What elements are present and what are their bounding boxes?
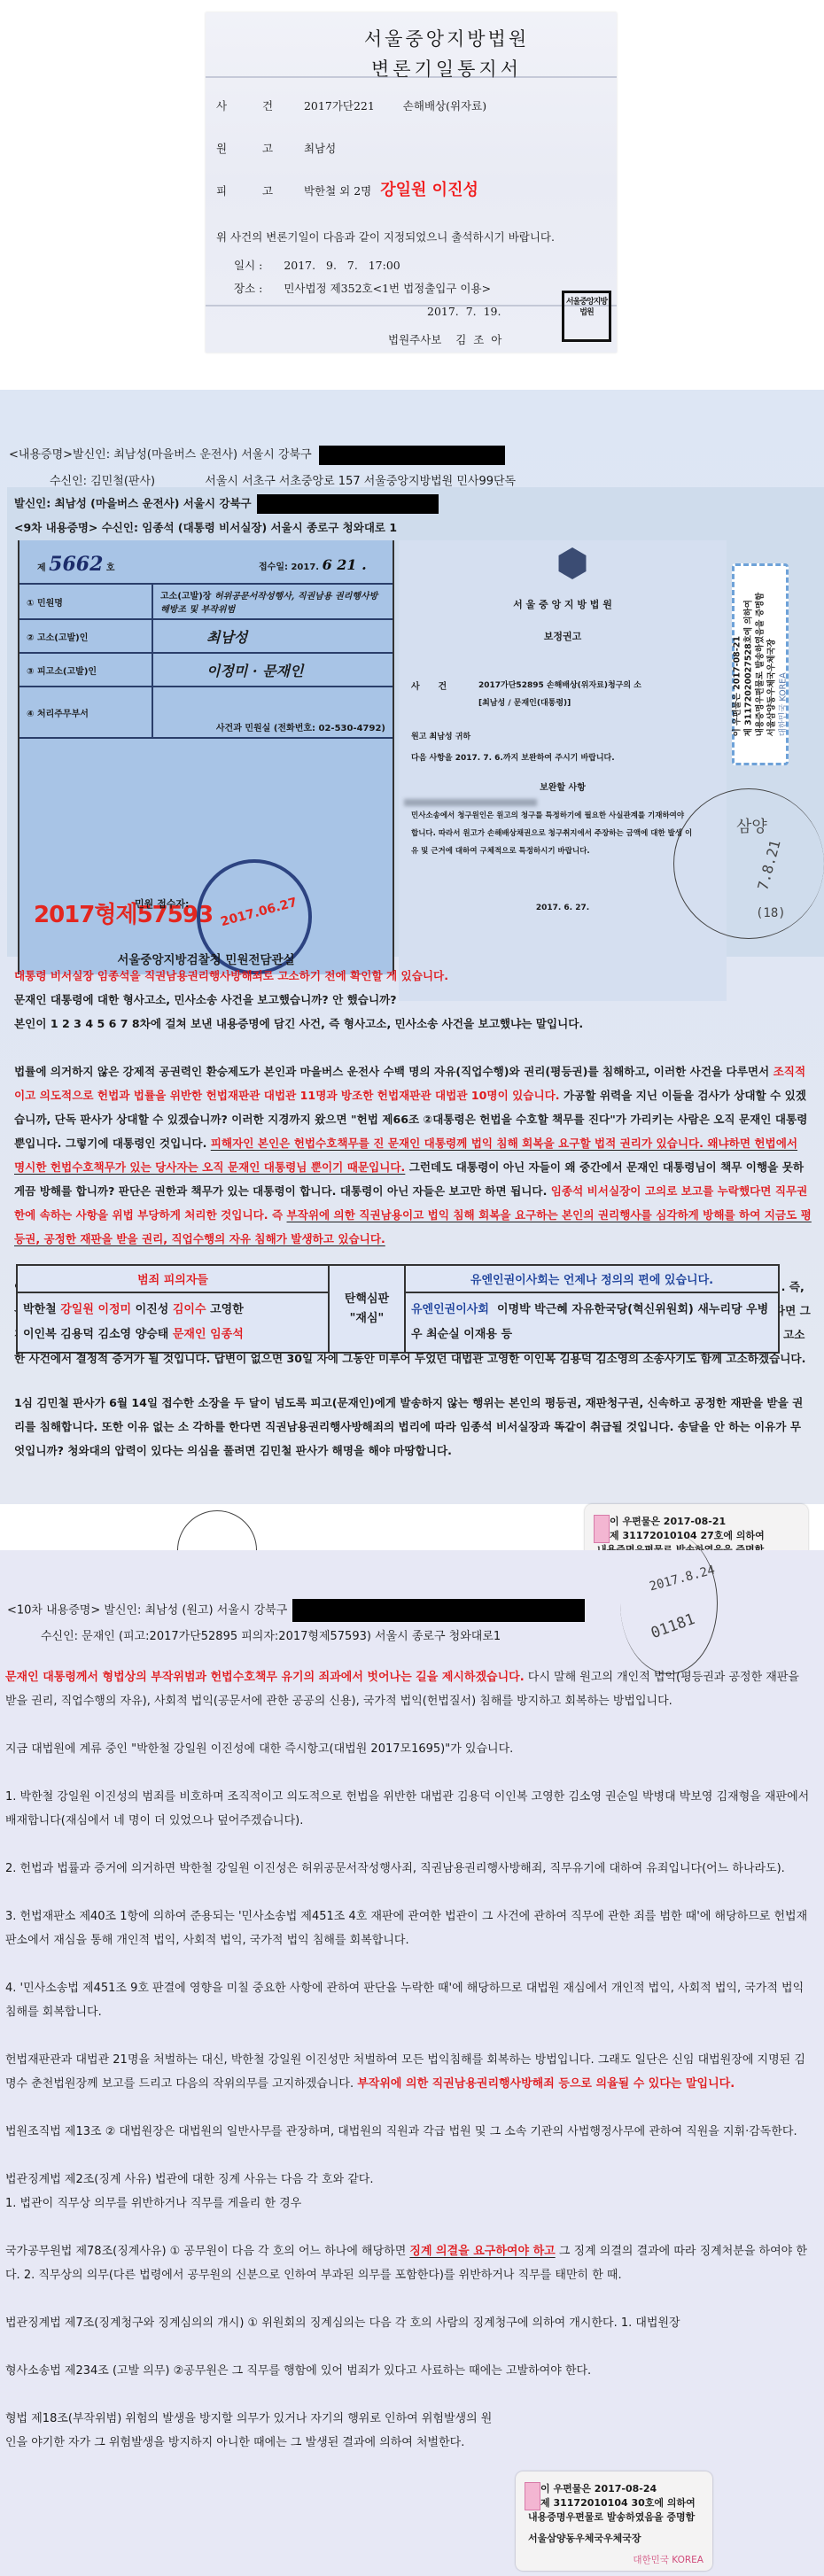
hearing-datetime: 2017. 9. 7. 17:00 bbox=[284, 259, 400, 272]
court-name: 서 울 중 앙 지 방 법 원 bbox=[399, 597, 727, 611]
datetime-row: 일시 : 2017. 9. 7. 17:00 bbox=[234, 257, 400, 273]
certificate-line: 제 31172010104 27호에 의하여 bbox=[597, 1529, 799, 1543]
suspects-list: 박한철 강일원 이정미 이진성 김이수 고영한이인복 김용덕 김소영 양승태 문… bbox=[17, 1292, 329, 1353]
paragraph-6: 4. '민사소송법 제451조 9호 판결에 영향을 미칠 중요한 사항에 관하… bbox=[5, 1976, 812, 2024]
postmark-date: 7.8.21 bbox=[754, 838, 783, 892]
receipt-date: 2017.06.27 bbox=[219, 896, 299, 929]
letter-body-end: 1심 김민철 판사가 6월 14일 접수한 소장을 두 달이 넘도록 피고(문재… bbox=[14, 1391, 812, 1486]
form-number: 제 5662 호 bbox=[37, 553, 115, 576]
postmark-code: 01181 bbox=[649, 1610, 697, 1642]
case-parties: [최남성 / 문재인(대통령)] bbox=[478, 696, 571, 708]
doc-title: 보정권고 bbox=[399, 629, 727, 643]
certificate-line: 내용증명우편물로 발송하였음을 증명함 bbox=[528, 2510, 704, 2525]
certificate-seal-icon bbox=[525, 2482, 540, 2510]
handwritten-number: 5662 bbox=[49, 553, 103, 576]
postmark-code: (18) bbox=[756, 906, 786, 920]
case-label: 사 건 bbox=[411, 679, 447, 692]
sender-text: <10차 내용증명> 발신인: 최남성 (원고) 서울시 강북구 bbox=[7, 1604, 287, 1618]
suspect-name: 임종석 bbox=[210, 1328, 244, 1341]
content-line: 유 및 근거에 대하여 구체적으로 특정하시기 바랍니다. bbox=[411, 845, 590, 856]
redacted-address bbox=[319, 446, 505, 465]
question-2: 본인이 1 2 3 4 5 6 7 8차에 걸쳐 보낸 내용증명에 담긴 사건,… bbox=[14, 1012, 812, 1036]
content-line: 민사소송에서 청구원인은 원고의 청구를 특정하기에 필요한 사실관계를 기재하… bbox=[411, 810, 684, 820]
request: 다음 사항을 2017. 7. 6.까지 보완하여 주시기 바랍니다. bbox=[411, 751, 615, 763]
recipient-address: 서울시 서초구 서초중앙로 157 서울중앙지방법원 민사99단독 bbox=[205, 475, 516, 488]
form-label: ① 민원명 bbox=[19, 584, 152, 619]
inner-sender-line: 발신인: 최남성 (마을버스 운전사) 서울시 강북구 bbox=[14, 494, 439, 514]
paragraph-13: 형법 제18조(부작위범) 위험의 발생을 방지할 의무가 있거나 자기의 행위… bbox=[5, 2407, 501, 2455]
form-row: ① 민원명 고소(고발)장 허위공문서작성행사, 직권남용 권리행사방해방조 및… bbox=[19, 584, 393, 619]
postmark: 2017.8.24 01181 bbox=[620, 1532, 718, 1674]
text: 법관징계법 제2조(징계 사유) 법관에 대한 징계 사유는 다음 각 호와 같… bbox=[5, 2173, 374, 2186]
hearing-place: 민사법정 제352호<1번 법정출입구 이용> bbox=[284, 282, 491, 295]
sender-text: <내용증명>발신인: 최남성(마을버스 운전사) 서울시 강북구 bbox=[9, 448, 312, 462]
suspect-name: 양승태 bbox=[136, 1328, 169, 1341]
stamp-line: 이 우편물은 2017-08-21 bbox=[732, 593, 743, 737]
notice-title: 변론기일통지서 bbox=[206, 55, 617, 81]
instruction: 위 사건의 변론기일이 다음과 같이 지정되었으니 출석하시기 바랍니다. bbox=[216, 229, 555, 244]
suspect-name: 김이수 bbox=[173, 1303, 206, 1316]
highlight: 문재인 대통령께서 형법상의 부작위범과 헌법수호책무 유기의 죄과에서 벗어나… bbox=[5, 1671, 525, 1684]
paragraph-4: 2. 헌법과 법률과 증거에 의거하면 박한철 강일원 이진성은 허위공문서작성… bbox=[5, 1857, 812, 1881]
certified-letter-10: <10차 내용증명> 발신인: 최남성 (원고) 서울시 강북구 수신인: 문재… bbox=[0, 1550, 824, 2576]
form-label: ③ 피고소(고발)인 bbox=[19, 653, 152, 687]
question-1: 문재인 대통령에 대한 형사고소, 민사소송 사건을 보고했습니까? 안 했습니… bbox=[14, 988, 812, 1012]
postmark: 삼양 7.8.21 (18) bbox=[673, 788, 824, 939]
plaintiff-name: 최남성 bbox=[304, 142, 336, 155]
suspects-header: 범죄 피의자들 bbox=[17, 1265, 329, 1292]
received-date: 접수일: 2017. 6 21 . bbox=[259, 556, 367, 573]
paragraph-1: 법률에 의거하지 않은 강제적 공권력인 환승제도가 본인과 마을버스 운전사 … bbox=[14, 1059, 812, 1251]
postal-certificate-stamp: 이 우편물은 2017-08-21 제 31172020027528호에 의하여… bbox=[732, 563, 789, 765]
unhrc-list: 유엔인권이사회 이명박 박근혜 자유한국당(혁신위원회) 새누리당 우병우 최순… bbox=[405, 1292, 779, 1353]
text: 1. 법관이 직무상 의무를 위반하거나 직무를 게을리 한 경우 bbox=[5, 2197, 301, 2210]
handwritten-date: 6 21 . bbox=[323, 556, 367, 573]
certified-letter-9: <내용증명>발신인: 최남성(마을버스 운전사) 서울시 강북구 수신인: 김민… bbox=[0, 390, 824, 1504]
paragraph-11: 법관징계법 제7조(징계청구와 징계심의의 개시) ① 위원회의 징계심의는 다… bbox=[5, 2311, 812, 2335]
handwritten-value: 이정미 · 문재인 bbox=[152, 653, 393, 687]
defendant-row: 피 고 박한철 외 2명 강일원 이진성 bbox=[216, 177, 478, 200]
stamp-line: 내용증명우편물로 발송하였음을 증명함 bbox=[755, 593, 766, 737]
case-label: 사 건 bbox=[216, 97, 300, 113]
datetime-label: 일시 : bbox=[234, 259, 262, 272]
sender-line: <내용증명>발신인: 최남성(마을버스 운전사) 서울시 강북구 bbox=[9, 445, 505, 465]
sender-line: <10차 내용증명> 발신인: 최남성 (원고) 서울시 강북구 bbox=[7, 1599, 585, 1622]
suspect-name: 문재인 bbox=[173, 1328, 206, 1341]
correction-recommendation: 서 울 중 앙 지 방 법 원 보정권고 사 건 2017가단52895 손해배… bbox=[399, 540, 727, 1001]
defendant-label: 피 고 bbox=[216, 182, 300, 198]
paper-fold bbox=[206, 305, 617, 306]
stamp-text: 이 우편물은 2017-08-21 제 31172020027528호에 의하여… bbox=[732, 593, 789, 737]
recipient-line: 수신인: 문재인 (피고:2017가단52895 피의자:2017형제57593… bbox=[41, 1626, 501, 1643]
case-number: 2017가단221 bbox=[304, 99, 375, 113]
redacted-address bbox=[257, 494, 439, 514]
suspect-name: 고영한 bbox=[210, 1303, 244, 1316]
complaint-receipt-form: 제 5662 호 접수일: 2017. 6 21 . ① 민원명 고소(고발)장… bbox=[18, 540, 394, 974]
certificate-line: 서울삼양동우체국우체국장 bbox=[528, 2532, 704, 2546]
paragraph-12: 형사소송법 제234조 (고발 의무) ②공무원은 그 직무를 행함에 있어 범… bbox=[5, 2359, 812, 2383]
place-label: 장소 : bbox=[234, 282, 262, 295]
retrial-label: "재심" bbox=[335, 1309, 399, 1329]
text: 법률에 의거하지 않은 강제적 공권력인 환승제도가 본인과 마을버스 운전사 … bbox=[14, 1065, 773, 1078]
impeachment-label: 탄핵심판 bbox=[335, 1290, 399, 1309]
number-prefix: 제 bbox=[37, 563, 46, 573]
paragraph-7: 헌법재판관과 대법관 21명을 처벌하는 대신, 박한철 강일원 이진성만 처벌… bbox=[5, 2048, 812, 2096]
paragraph-3: 1. 박한철 강일원 이진성의 범죄를 비호하며 조직적이고 의도적으로 헌법을… bbox=[5, 1785, 812, 1833]
underlined-highlight: 징계 의결을 요구하여야 하고 bbox=[409, 2245, 555, 2258]
korea-logo: 대한민국 KOREA bbox=[778, 593, 789, 737]
case-value: 2017가단52895 손해배상(위자료)청구의 소 bbox=[478, 679, 641, 690]
issue-date: 2017. 7. 19. bbox=[427, 305, 501, 318]
suspect-name: 이진성 bbox=[136, 1303, 169, 1316]
form-number-row: 제 5662 호 접수일: 2017. 6 21 . bbox=[19, 540, 393, 583]
section-title: 보완할 사항 bbox=[399, 780, 727, 793]
suspect-name: 김용덕 bbox=[60, 1328, 94, 1341]
receipt-label: 민원 접수자: bbox=[135, 896, 189, 911]
court-name: 서울중앙지방법원 bbox=[206, 25, 617, 51]
form-row: ④ 처리주무부서 사건과 민원실 (전화번호: 02-530-4792) bbox=[19, 687, 393, 738]
postmark-date: 2017.8.24 bbox=[648, 1563, 716, 1594]
recipient-line: 수신인: 김민철(판사) 서울시 서초구 서초중앙로 157 서울중앙지방법원 … bbox=[50, 471, 516, 488]
paragraph-3: 1심 김민철 판사가 6월 14일 접수한 소장을 두 달이 넘도록 피고(문재… bbox=[14, 1391, 812, 1463]
form-row: ② 고소(고발)인 최남성 bbox=[19, 619, 393, 653]
stamp-line: 서울삼양동우체국우체국장 bbox=[766, 593, 778, 737]
received-label: 접수일: 2017. bbox=[259, 563, 319, 572]
paragraph-5: 3. 헌법재판소 제40조 1항에 의하여 준용되는 '민사소송법 제451조 … bbox=[5, 1905, 812, 1952]
form-row: ③ 피고소(고발)인 이정미 · 문재인 bbox=[19, 653, 393, 687]
highlight: 부작위에 의한 직권남용권리행사방해죄 등으로 의율될 수 있다는 말입니다. bbox=[357, 2077, 735, 2091]
form-value: 고소(고발)장 허위공문서작성행사, 직권남용 권리행사방해방조 및 부작위범 bbox=[152, 584, 393, 619]
letter-heading: 대통령 비서실장 임종석을 직권남용권리행사방해죄로 고소하기 전에 확인할 게… bbox=[14, 964, 812, 988]
certificate-line: 이 우편물은 2017-08-21 bbox=[597, 1515, 799, 1529]
certificate-seal-icon bbox=[594, 1515, 610, 1543]
hearing-notice: 서울중앙지방법원 변론기일통지서 사 건 2017가단221 손해배상(위자료)… bbox=[206, 12, 617, 353]
handwritten-value: 최남성 bbox=[152, 619, 393, 653]
addressee: 원고 최남성 귀하 bbox=[411, 730, 470, 741]
form-table: ① 민원명 고소(고발)장 허위공문서작성행사, 직권남용 권리행사방해방조 및… bbox=[19, 583, 393, 746]
paragraph-1: 문재인 대통령께서 형법상의 부작위범과 헌법수호책무 유기의 죄과에서 벗어나… bbox=[5, 1665, 812, 1713]
value-label: 고소(고발)장 bbox=[160, 592, 211, 601]
number-suffix: 호 bbox=[106, 563, 115, 573]
content-line: 합니다. 따라서 원고가 손해배상채권으로 청구취지에서 주장하는 금액에 대한… bbox=[411, 827, 692, 838]
form-value: 사건과 민원실 (전화번호: 02-530-4792) bbox=[152, 687, 393, 738]
paragraph-10: 국가공무원법 제78조(징계사유) ① 공무원이 다음 각 호의 어느 하나에 … bbox=[5, 2239, 812, 2287]
redacted-address bbox=[292, 1599, 585, 1622]
defendant-highlight: 강일원 이진성 bbox=[380, 181, 478, 199]
text: 국가공무원법 제78조(징계사유) ① 공무원이 다음 각 호의 어느 하나에 … bbox=[5, 2245, 409, 2258]
impeachment-cell: 탄핵심판 "재심" bbox=[329, 1265, 405, 1353]
form-label: ② 고소(고발)인 bbox=[19, 619, 152, 653]
suspect-name: 박한철 bbox=[23, 1303, 57, 1316]
unhrc-header: 유엔인권이사회는 언제나 정의의 편에 있습니다. bbox=[405, 1265, 779, 1292]
court-seal: 서울중앙지방법원 bbox=[562, 291, 611, 342]
inner-recipient-line: <9차 내용증명> 수신인: 임종석 (대통령 비서실장) 서울시 종로구 청와… bbox=[14, 519, 397, 535]
doc-date: 2017. 6. 27. bbox=[399, 904, 727, 912]
court-officer: 법원주사보 김 조 아 bbox=[388, 331, 501, 347]
unhrc-name: 유엔인권이사회 bbox=[411, 1303, 489, 1316]
case-row: 사 건 2017가단221 손해배상(위자료) bbox=[216, 97, 486, 113]
blurred-line bbox=[404, 799, 537, 806]
suspect-name: 이인복 bbox=[23, 1328, 57, 1341]
certificate-line: 이 우편물은 2017-08-24 bbox=[528, 2482, 704, 2496]
paragraph-8: 법원조직법 제13조 ② 대법원장은 대법원의 일반사무를 관장하며, 대법원의… bbox=[5, 2120, 812, 2144]
delivery-certificate: 이 우편물은 2017-08-24 제 31172010104 30호에 의하여… bbox=[516, 2471, 712, 2571]
certificate-line: 제 31172010104 30호에 의하여 bbox=[528, 2496, 704, 2510]
form-label: ④ 처리주무부서 bbox=[19, 687, 152, 738]
suspect-name: 강일원 bbox=[60, 1303, 94, 1316]
paragraph-2: 지금 대법원에 계류 중인 "박한철 강일원 이진성에 대한 즉시항고(대법원 … bbox=[5, 1737, 812, 1761]
court-emblem-icon bbox=[556, 547, 588, 579]
plaintiff-row: 원 고 최남성 bbox=[216, 140, 336, 156]
place-row: 장소 : 민사법정 제352호<1번 법정출입구 이용> bbox=[234, 280, 491, 296]
plaintiff-label: 원 고 bbox=[216, 140, 300, 156]
korea-logo: 대한민국 KOREA bbox=[528, 2553, 704, 2567]
paragraph-9: 법관징계법 제2조(징계 사유) 법관에 대한 징계 사유는 다음 각 호와 같… bbox=[5, 2168, 812, 2215]
suspects-table: 범죄 피의자들 탄핵심판 "재심" 유엔인권이사회는 언제나 정의의 편에 있습… bbox=[16, 1264, 780, 1354]
recipient-text: 수신인: 김민철(판사) bbox=[50, 475, 155, 488]
postmark-place: 삼양 bbox=[736, 814, 767, 837]
suspect-name: 김소영 bbox=[97, 1328, 131, 1341]
suspect-name: 이정미 bbox=[97, 1303, 131, 1316]
inner-sender-text: 발신인: 최남성 (마을버스 운전사) 서울시 강북구 bbox=[14, 497, 252, 510]
case-name: 손해배상(위자료) bbox=[403, 99, 486, 113]
letter-body: 문재인 대통령께서 형법상의 부작위범과 헌법수호책무 유기의 죄과에서 벗어나… bbox=[5, 1665, 812, 2479]
stamp-line: 제 31172020027528호에 의하여 bbox=[743, 593, 755, 737]
defendant-name: 박한철 외 2명 bbox=[304, 184, 371, 198]
